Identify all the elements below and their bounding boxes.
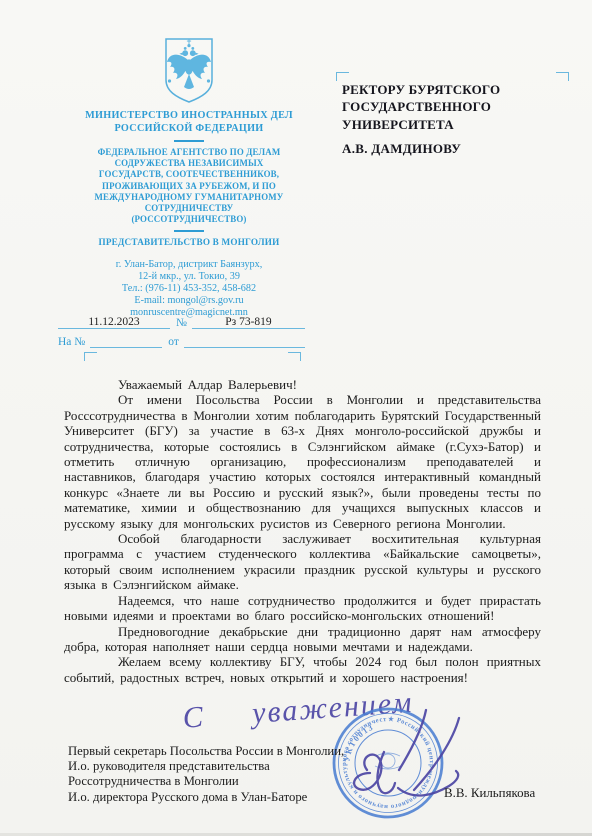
recipient-name: А.В. ДАМДИНОВУ — [342, 141, 568, 157]
signer-title-line: И.о. директора Русского дома в Улан-Бато… — [68, 790, 344, 805]
agency-line: СОДРУЖЕСТВА НЕЗАВИСИМЫХ — [58, 158, 320, 169]
signer-title-line: Россотрудничества в Монголии — [68, 774, 344, 789]
divider — [174, 140, 204, 142]
handwritten-signature — [322, 688, 522, 834]
recipient-title-line: РЕКТОРУ БУРЯТСКОГО — [342, 81, 568, 98]
office-name: ПРЕДСТАВИТЕЛЬСТВО В МОНГОЛИИ — [58, 237, 320, 248]
outgoing-reference-row: 11.12.2023 № Рз 73-819 — [58, 315, 305, 329]
russian-coat-of-arms-icon — [161, 36, 217, 104]
number-label: № — [170, 317, 192, 329]
body-paragraph: Особой благодарности заслуживает восхити… — [64, 531, 541, 593]
corner-mark — [556, 72, 569, 81]
agency-line: ПРОЖИВАЮЩИХ ЗА РУБЕЖОМ, И ПО — [58, 181, 320, 192]
corner-mark — [288, 352, 301, 361]
agency-line: (РОССОТРУДНИЧЕСТВО) — [58, 214, 320, 225]
incoming-date-label: от — [162, 336, 184, 348]
ministry-name: МИНИСТЕРСТВО ИНОСТРАННЫХ ДЕЛ РОССИЙСКОЙ … — [58, 109, 320, 135]
letterhead: МИНИСТЕРСТВО ИНОСТРАННЫХ ДЕЛ РОССИЙСКОЙ … — [58, 36, 320, 319]
agency-line: СОТРУДНИЧЕСТВУ — [58, 203, 320, 214]
agency-line: ГОСУДАРСТВ, СООТЕЧЕСТВЕННИКОВ, — [58, 169, 320, 180]
corner-mark — [336, 72, 349, 81]
corner-mark — [84, 352, 97, 361]
agency-name: ФЕДЕРАЛЬНОЕ АГЕНТСТВО ПО ДЕЛАМ СОДРУЖЕСТ… — [58, 147, 320, 225]
ministry-line: РОССИЙСКОЙ ФЕДЕРАЦИИ — [58, 122, 320, 135]
incoming-reference-row: На № от — [58, 334, 305, 348]
signer-titles: Первый секретарь Посольства России в Мон… — [68, 744, 344, 805]
incoming-date-field — [184, 347, 305, 348]
outgoing-date-field: 11.12.2023 — [58, 316, 170, 329]
ministry-line: МИНИСТЕРСТВО ИНОСТРАННЫХ ДЕЛ — [58, 109, 320, 122]
outgoing-number-field: Рз 73-819 — [192, 316, 305, 329]
body-paragraph: От имени Посольства России в Монголии и … — [64, 392, 541, 531]
salutation: Уважаемый Алдар Валерьевич! — [64, 377, 541, 392]
postal-address: г. Улан-Батор, дистрикт Баянзурх, 12-й м… — [58, 259, 320, 319]
recipient-title-line: УНИВЕРСИТЕТА — [342, 116, 568, 133]
address-line: Тел.: (976-11) 453-352, 458-682 — [58, 283, 320, 295]
address-line: E-mail: mongol@rs.gov.ru — [58, 295, 320, 307]
letter-body: Уважаемый Алдар Валерьевич! От имени Пос… — [64, 377, 541, 685]
body-paragraph: Предновогодние декабрьские дни традицион… — [64, 624, 541, 655]
body-paragraph: Желаем всему коллективу БГУ, чтобы 2024 … — [64, 654, 541, 685]
signer-name: В.В. Кильпякова — [444, 786, 535, 801]
agency-line: ФЕДЕРАЛЬНОЕ АГЕНТСТВО ПО ДЕЛАМ — [58, 147, 320, 158]
reference-block: 11.12.2023 № Рз 73-819 На № от — [58, 315, 305, 353]
incoming-number-label: На № — [58, 336, 90, 348]
signer-title-line: И.о. руководителя представительства — [68, 759, 344, 774]
signer-title-line: Первый секретарь Посольства России в Мон… — [68, 744, 344, 759]
recipient-title-line: ГОСУДАРСТВЕННОГО — [342, 98, 568, 115]
body-paragraph: Надеемся, что наше сотрудничество продол… — [64, 593, 541, 624]
address-line: 12-й мкр., ул. Токио, 39 — [58, 271, 320, 283]
incoming-number-field — [90, 347, 162, 348]
scanned-letter-page: МИНИСТЕРСТВО ИНОСТРАННЫХ ДЕЛ РОССИЙСКОЙ … — [0, 0, 592, 836]
recipient-block: РЕКТОРУ БУРЯТСКОГО ГОСУДАРСТВЕННОГО УНИВ… — [342, 81, 568, 157]
address-line: г. Улан-Батор, дистрикт Баянзурх, — [58, 259, 320, 271]
agency-line: МЕЖДУНАРОДНОМУ ГУМАНИТАРНОМУ — [58, 192, 320, 203]
divider — [174, 230, 204, 232]
recipient-title: РЕКТОРУ БУРЯТСКОГО ГОСУДАРСТВЕННОГО УНИВ… — [342, 81, 568, 133]
